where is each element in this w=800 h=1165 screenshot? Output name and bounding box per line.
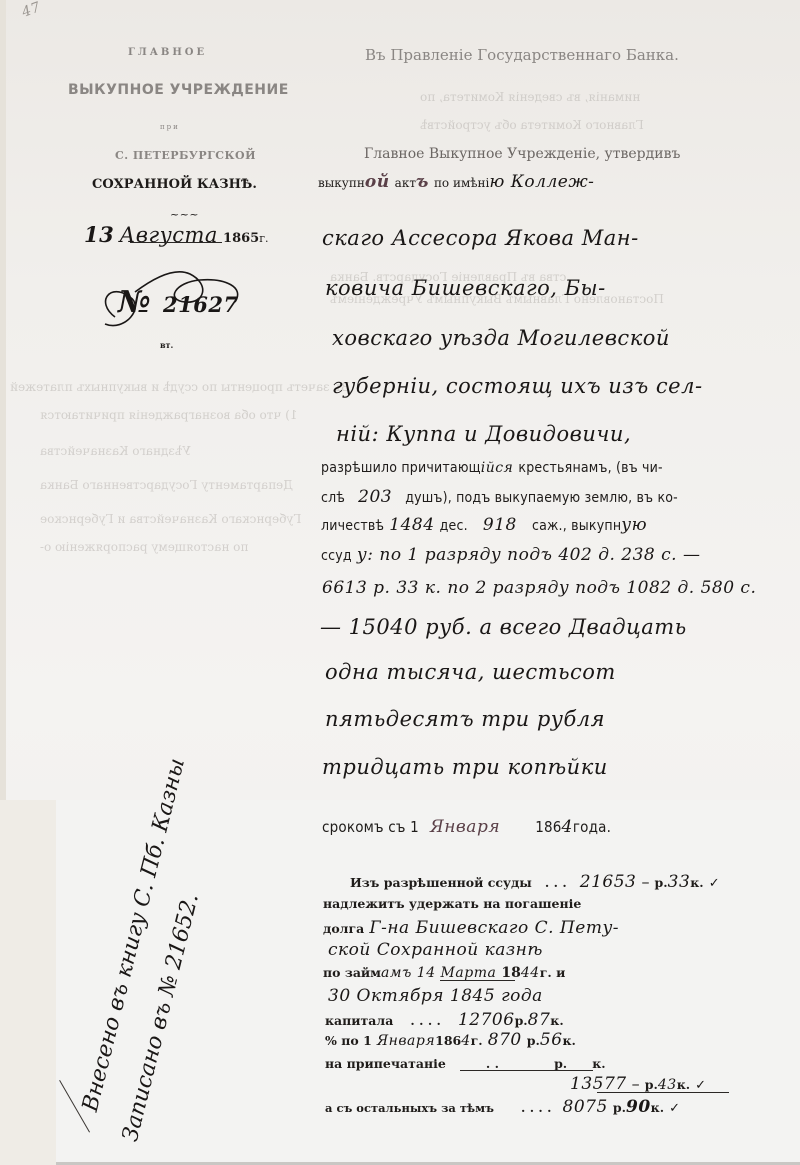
check-icon: ✓ [695, 1078, 706, 1093]
remainder-label: а съ остальныхъ за тѣмъ [325, 1101, 494, 1115]
debt-creditor-cont: ской Сохранной казнѣ [328, 940, 543, 960]
print-fragment: г. [471, 1033, 483, 1048]
bleed-through-text: Департаменту Государственнаго Банка [40, 478, 293, 492]
loan-by-row: по займамъ 14 Марта 1844г. и [323, 962, 565, 981]
hand-fragment: ъ [416, 172, 429, 192]
hand-fragment: ую [621, 515, 647, 535]
hand-fragment: ю Коллеж- [489, 172, 594, 192]
capital-label: капитала [325, 1013, 393, 1028]
hand-line: скаго Ассесора Якова Ман- [322, 226, 639, 250]
debt-row: долга Г-на Бишевскаго С. Пету- [323, 918, 619, 938]
check-icon: ✓ [709, 876, 720, 891]
letterhead-line-4: С. ПЕТЕРБУРГСКОЙ [115, 149, 256, 162]
hand-line: 6613 р. 33 к. по 2 разряду подъ 1082 д. … [322, 578, 756, 598]
bleed-through-text: по настоящему распоряженію о- [40, 540, 248, 554]
number-value: 21627 [163, 292, 239, 317]
term-line: срокомъ съ 1 Января 1864года. [322, 817, 611, 837]
addressee: Въ Правленіе Государственнаго Банка. [365, 46, 679, 64]
remainder-rub: 8075 [563, 1097, 608, 1117]
area-desiatins: 1484 [389, 515, 434, 535]
subtotal-rule [597, 1092, 729, 1093]
body-print-line-2: слѣ 203 душъ), подъ выкупаемую землю, въ… [321, 487, 678, 507]
letterhead-line-3: при [160, 123, 180, 131]
hand-line: губерніи, состоящ ихъ изъ сел- [332, 374, 703, 398]
loan-by-underline [440, 980, 515, 981]
term-month: Января [430, 817, 500, 837]
print-fragment: личествѣ [321, 518, 384, 534]
interest-label: % по 1 [325, 1033, 372, 1048]
hand-line: — 15040 руб. а всего Двадцать [320, 615, 687, 639]
interest-year: 4 [461, 1033, 470, 1049]
print-fragment: саж., выкупн [532, 518, 621, 534]
rub-abbr: р. [527, 1033, 540, 1048]
hand-fragment: у: по 1 разряду подъ 402 д. 238 с. — [357, 545, 701, 565]
bleed-through-text: Уѣзднаго Казначейства [40, 444, 191, 458]
withhold-label: надлежитъ удержать на погашеніе [323, 896, 581, 911]
subtotal-kop: 43 [658, 1077, 677, 1093]
dots: . . [486, 1056, 499, 1071]
capital-row: капитала . . . . 12706р.87к. [325, 1010, 564, 1030]
kop-abbr: к. [690, 875, 703, 890]
hand-line: ковича Бишевскаго, Бы- [325, 276, 606, 300]
body-print-line-1: разрѣшило причитающійся крестьянамъ, (въ… [321, 457, 663, 476]
sum-rule [460, 1070, 593, 1071]
print-fragment: крестьянамъ, (въ чи- [518, 460, 662, 476]
print-fragment: 186 [535, 818, 561, 836]
body-print-line-4: ссуд у: по 1 разряду подъ 402 д. 238 с. … [321, 545, 700, 565]
print-fragment: дес. [440, 518, 468, 534]
hand-line: пятьдесятъ три рубля [325, 707, 605, 731]
hand-line: одна тысяча, шестьсот [325, 660, 616, 684]
interest-rub: 870 [488, 1030, 522, 1050]
loan-label: Изъ разрѣшенной ссуды [350, 875, 532, 890]
print-fragment: душъ), подъ выкупаемую землю, въ ко- [405, 490, 678, 506]
subtotal-row: 13577 – р.43к. ✓ [570, 1074, 707, 1094]
print-fragment: слѣ [321, 490, 345, 506]
loan-kop: 33 [668, 872, 691, 892]
date-suffix: г. [259, 232, 268, 245]
body-intro: Главное Выкупное Учрежденіе, утвердивъ [364, 146, 680, 162]
loan-row: Изъ разрѣшенной ссуды . . . 21653 – р.33… [350, 872, 720, 892]
lower-left-margin [0, 800, 56, 1165]
rub-abbr: р. [613, 1100, 626, 1115]
loan-by-date-2: 30 Октября 1845 года [328, 986, 543, 1006]
date-line: 13 Августа 1865г. [84, 222, 269, 247]
interest-kop: 56 [540, 1030, 563, 1050]
remainder-row: а съ остальныхъ за тѣмъ . . . . 8075 р.9… [325, 1097, 681, 1117]
body-print-line-3: личествѣ 1484 дес. 918 саж., выкупную [321, 515, 647, 535]
print-fragment: акт [395, 176, 416, 190]
letterhead-line-5: СОХРАННОЙ КАЗНѢ. [92, 177, 257, 192]
interest-month: Января [377, 1033, 435, 1049]
print-fragment: выкупн [318, 176, 365, 190]
print-fragment: ссуд [321, 548, 352, 564]
date-year: 1865 [223, 231, 259, 246]
hand-line: ній: Куппа и Довидовичи, [336, 422, 631, 446]
check-icon: ✓ [669, 1101, 680, 1116]
dots: . . . . [521, 1100, 551, 1115]
hand-line: тридцать три копѣйки [322, 755, 608, 779]
body-line-2: выкупной актъ по имѣнію Коллеж- [318, 172, 594, 192]
debt-label: долга [323, 921, 364, 936]
kop-abbr: к. [592, 1056, 605, 1071]
loan-rub: 21653 [580, 872, 637, 892]
print-fragment: разрѣшило причитающ [321, 460, 481, 476]
number-city-abbr: вт. [160, 340, 173, 350]
number-prefix: № [118, 285, 151, 320]
hand-fragment: ійся [481, 460, 514, 476]
hand-line: ховскаго уѣзда Могилевской [332, 326, 670, 350]
loan-by-label: по займ [323, 965, 381, 980]
print-fragment: по имѣні [434, 176, 489, 190]
kop-abbr: к. [550, 1013, 563, 1028]
dots: . . . [545, 875, 567, 890]
rub-abbr: р. [655, 875, 668, 890]
term-year-hand: 4 [562, 817, 573, 837]
capital-kop: 87 [528, 1010, 551, 1030]
bleed-through-text: Губернскаго Казначейства и Губернское [40, 512, 301, 526]
loan-by-date: амъ 14 Марта [381, 965, 496, 981]
bleed-through-text: ниманія, въ сведенія Комитета, по [420, 90, 640, 104]
dots: . . . . [410, 1013, 440, 1028]
souls-count: 203 [358, 487, 392, 507]
rub-abbr: р. [515, 1013, 528, 1028]
print-fragment: 18 [501, 965, 520, 981]
subtotal-rub: 13577 [570, 1074, 627, 1094]
hand-fragment: ой [365, 172, 390, 192]
kop-abbr: к. [563, 1033, 576, 1048]
date-underline [130, 242, 222, 243]
bleed-through-text: Въ зачетъ проценты по ссудѣ и выкупныхъ … [10, 380, 350, 394]
print-fragment: срокомъ съ 1 [322, 818, 419, 836]
bleed-through-text: Главного Комитета объ устройствѣ [420, 118, 644, 132]
capital-rub: 12706 [458, 1010, 515, 1030]
rub-abbr: р. [645, 1077, 658, 1092]
date-day: 13 [84, 222, 114, 247]
loan-by-year: 44 [521, 965, 540, 981]
bleed-through-text: 1) что оба вознагражденія причитаются [40, 408, 298, 422]
print-fragment: 186 [435, 1033, 461, 1048]
print-fragment: года. [573, 818, 611, 836]
print-fragment: г. и [540, 965, 566, 980]
sealing-label: на припечатаніе [325, 1056, 446, 1071]
area-sazhens: 918 [483, 515, 517, 535]
kop-abbr: к. [677, 1077, 690, 1092]
debt-creditor: Г-на Бишевскаго С. Пету- [369, 918, 619, 938]
date-month: Августа [119, 223, 218, 247]
rub-abbr: р. [554, 1056, 567, 1071]
letterhead-line-2: ВЫКУПНОЕ УЧРЕЖДЕНИЕ [68, 82, 289, 98]
letterhead-line-1: ГЛАВНОЕ [128, 47, 207, 58]
kop-abbr: к. [651, 1100, 664, 1115]
remainder-kop: 90 [626, 1097, 651, 1117]
date-flourish: ~~~ [170, 208, 199, 221]
interest-row: % по 1 Января1864г. 870 р.56к. [325, 1030, 576, 1050]
